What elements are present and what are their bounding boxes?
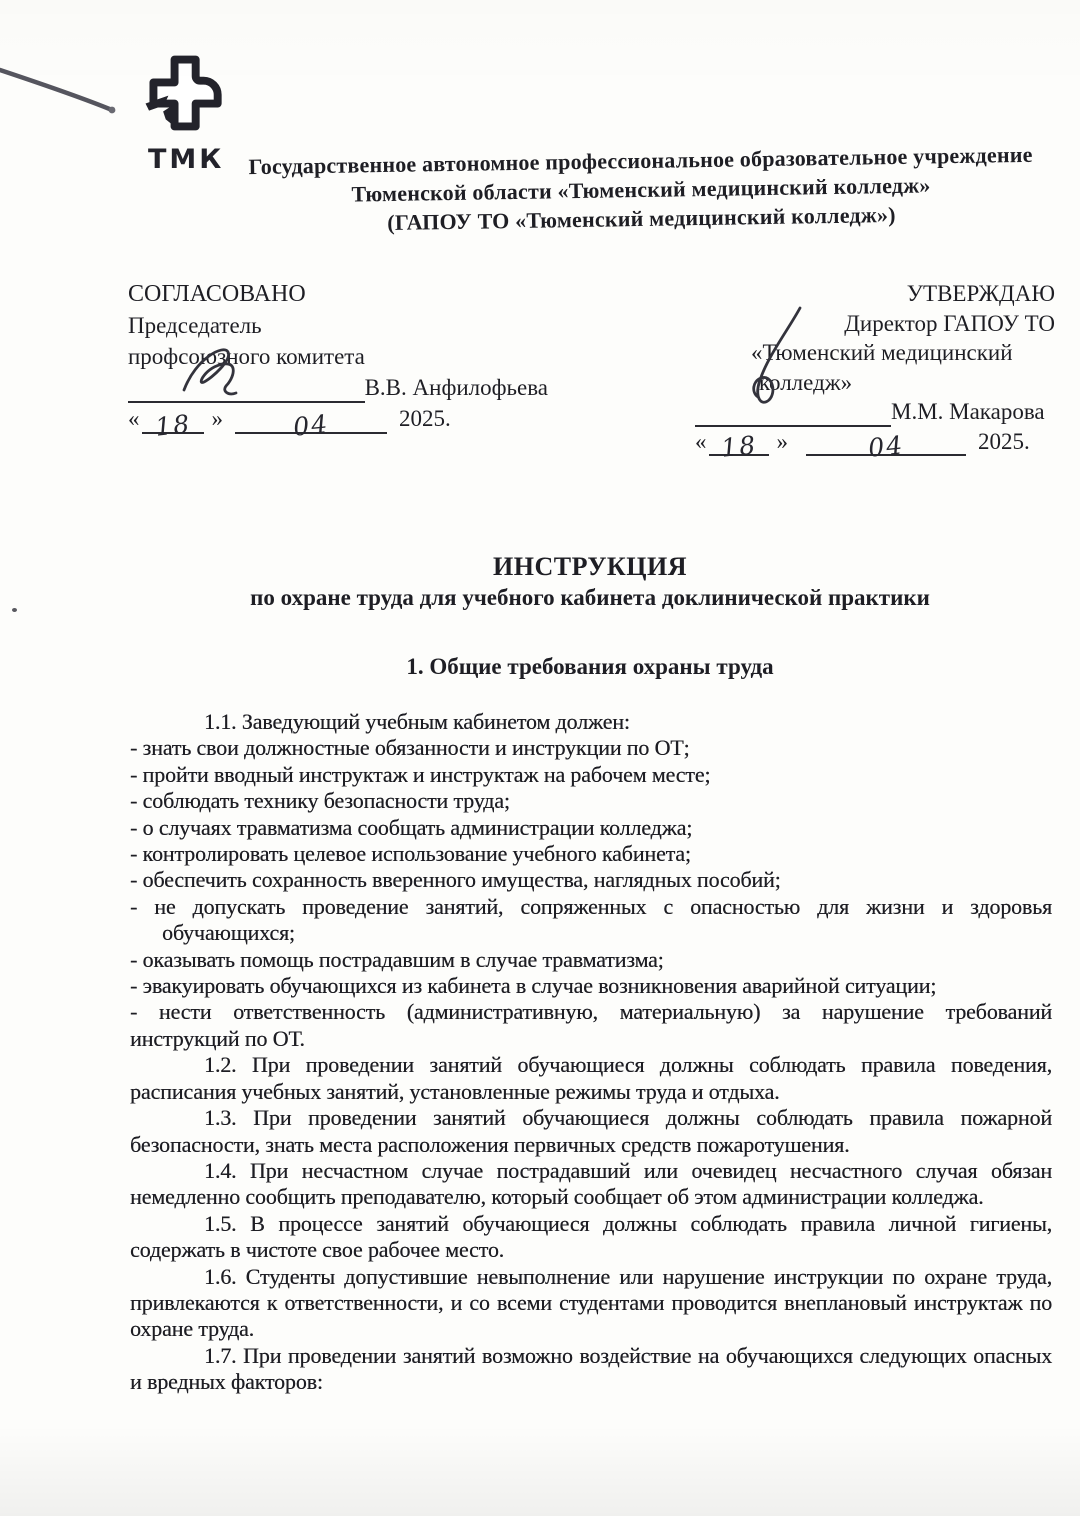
bullet-item: - пройти вводный инструктаж и инструктаж… [130,762,1052,788]
document-title-block: ИНСТРУКЦИЯ по охране труда для учебного … [130,551,1050,613]
date-month-line: 04 [235,407,387,434]
tmk-logo: ТМК [142,48,242,175]
bullet-item: - эвакуировать обучающихся из кабинета в… [130,973,1052,999]
scanned-document-page: ТМК Государственное автономное профессио… [0,0,1080,1516]
approved-signature-row: М.М. Макарова [695,397,1055,427]
agreed-signature-row: В.В. Анфилофьева [128,372,548,403]
agreed-role-line1: Председатель [128,310,548,341]
handwritten-month: 04 [292,408,331,443]
handwritten-month: 04 [867,430,906,463]
paragraph-1-5: 1.5. В процессе занятий обучающиеся долж… [130,1211,1052,1264]
paragraph-1-1: 1.1. Заведующий учебным кабинетом должен… [130,709,1052,735]
agreed-year: 2025. [399,403,451,434]
date-month-line: 04 [806,429,966,456]
org-header: Государственное автономное профессиональ… [231,140,1050,240]
handwritten-day: 18 [153,408,192,443]
quote-close: » [777,427,789,457]
approved-org-line2: колледж» [759,368,1055,398]
paragraph-1-4: 1.4. При несчастном случае пострадавший … [130,1158,1052,1211]
signature-line [695,400,891,427]
date-day-line: 18 [709,429,769,456]
logo-abbr: ТМК [148,144,242,175]
document-title: ИНСТРУКЦИЯ [130,551,1050,582]
agreed-role-line2: профсоюзного комитета [128,341,548,372]
handwritten-day: 18 [719,430,758,463]
signature-line [128,376,365,403]
agreed-block: СОГЛАСОВАНО Председатель профсоюзного ко… [128,279,548,434]
paragraph-1-7: 1.7. При проведении занятий возможно воз… [130,1343,1052,1396]
ink-dot-artifact [12,608,17,612]
paragraph-1-2: 1.2. При проведении занятий обучающиеся … [130,1052,1052,1105]
medical-cross-icon [142,48,230,138]
document-subtitle: по охране труда для учебного кабинета до… [130,582,1050,613]
approved-role-line1: Директор ГАПОУ ТО [695,309,1055,339]
pen-stroke-artifact [0,58,126,122]
approved-name: М.М. Макарова [891,397,1045,427]
approved-year: 2025. [978,427,1030,457]
bullet-item: - не допускать проведение занятий, сопря… [130,894,1052,947]
approved-title: УТВЕРЖДАЮ [695,279,1055,309]
quote-open: « [128,403,140,434]
bullet-item: - нести ответственность (административну… [130,999,1052,1052]
bullet-item: - контролировать целевое использование у… [130,841,1052,867]
section1-body: 1.1. Заведующий учебным кабинетом должен… [130,709,1052,1396]
approved-block: УТВЕРЖДАЮ Директор ГАПОУ ТО «Тюменский м… [695,279,1055,456]
paragraph-1-6: 1.6. Студенты допустившие невыполнение и… [130,1264,1052,1343]
bullet-item: - оказывать помощь пострадавшим в случае… [130,947,1052,973]
paragraph-1-3: 1.3. При проведении занятий обучающиеся … [130,1105,1052,1158]
agreed-name: В.В. Анфилофьева [365,372,548,403]
quote-close: » [212,403,224,434]
bullet-item: - о случаях травматизма сообщать админис… [130,815,1052,841]
agreed-date-row: « 18 » 04 2025. [128,403,548,434]
approved-org-line1: «Тюменский медицинский [751,338,1055,368]
approved-date-row: « 18 » 04 2025. [695,427,1055,457]
agreed-title: СОГЛАСОВАНО [128,279,548,310]
date-day-line: 18 [142,407,204,434]
bullet-item: - знать свои должностные обязанности и и… [130,735,1052,761]
section1-heading: 1. Общие требования охраны труда [130,654,1050,680]
bullet-item: - обеспечить сохранность вверенного имущ… [130,867,1052,893]
quote-open: « [695,427,707,457]
bullet-item: - соблюдать технику безопасности труда; [130,788,1052,814]
